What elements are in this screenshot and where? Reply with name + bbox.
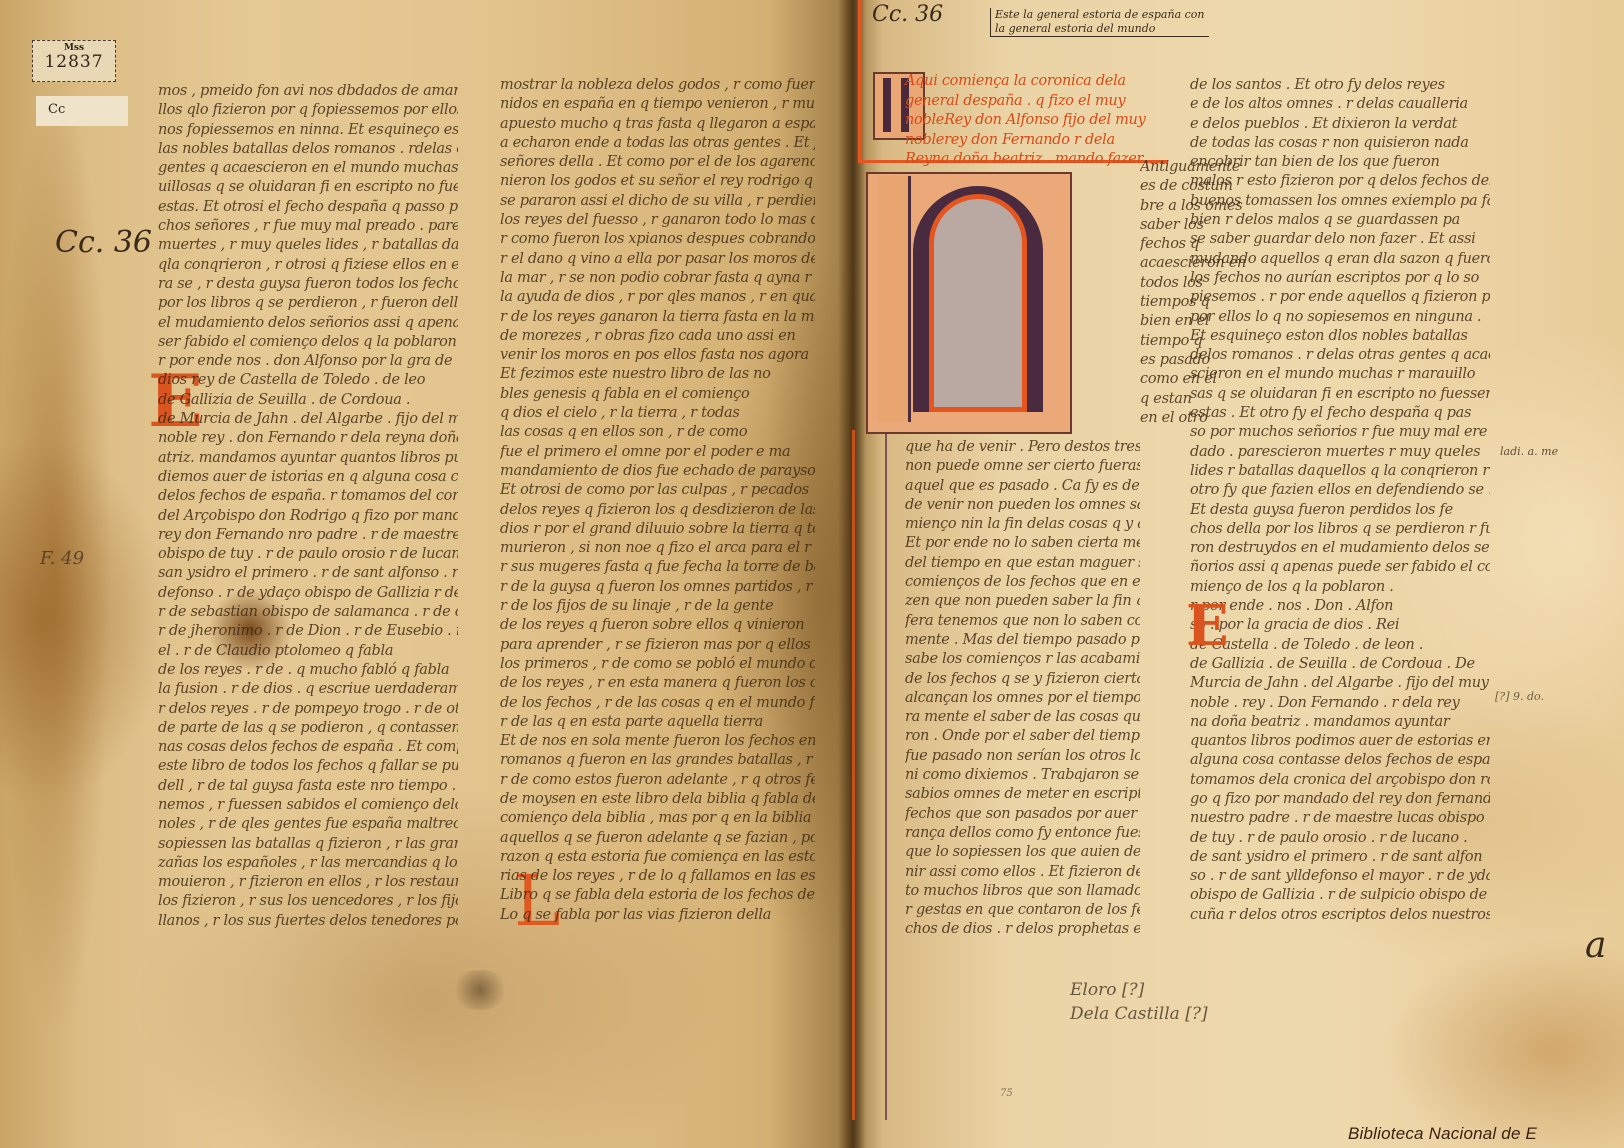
- rubric-initial-e: E: [1186, 600, 1230, 654]
- initial-stem: [878, 176, 911, 422]
- text-line: de todas las cosas r non quisieron nada: [1190, 134, 1490, 153]
- text-line: la fusion . r de dios . q escriue uerdad…: [158, 680, 458, 699]
- text-line: que ha de venir . Pero destos tres tiemp…: [905, 438, 1140, 457]
- text-line: to muchos libros que son llamados estori…: [905, 882, 1140, 901]
- text-line: qla conqrieron , r otrosi q fiziese ello…: [158, 256, 458, 275]
- text-line: mos , pmeido fon avi nos dbdados de amar…: [158, 82, 458, 101]
- signature-note: Cc. 36: [55, 225, 152, 260]
- text-line: cuña r delos otros escriptos delos nuest…: [1190, 906, 1490, 925]
- text-line: de venir non pueden los omnes saber el c…: [905, 496, 1140, 515]
- text-line: de los reyes q fueron sobre ellos q vini…: [500, 616, 815, 635]
- text-line: fera tenemos que non lo saben complida: [905, 612, 1140, 631]
- text-line: dell , r de tal guysa fasta este nro tie…: [158, 777, 458, 796]
- text-line: delos romanos . r delas otras gentes q a…: [1190, 346, 1490, 365]
- text-line: por ellos lo q no sopiesemos en ninguna …: [1190, 308, 1490, 327]
- text-line: zen que non pueden saber la fin qual: [905, 592, 1140, 611]
- text-line: de Gallizia de Seuilla . de Cordoua .: [158, 391, 458, 410]
- rubric-border: [858, 0, 861, 160]
- text-line: fue pasado non serían los otros los tiem…: [905, 747, 1140, 766]
- text-line: señores della . Et como por el de los ag…: [500, 153, 815, 172]
- text-line: de Castella . de Toledo . de leon .: [1190, 636, 1490, 655]
- ink-stain: [450, 970, 510, 1010]
- text-line: delos reyes q fizieron los q desdizieron…: [500, 501, 815, 520]
- text-line: de tuy . r de paulo orosio . r de lucano…: [1190, 829, 1490, 848]
- text-line: obispo de tuy . r de paulo orosio r de l…: [158, 545, 458, 564]
- text-line: de los fechos q se y fizieron ciertamos …: [905, 670, 1140, 689]
- initial-arch: [913, 186, 1043, 412]
- signature-line: Dela Castilla [?]: [1070, 1002, 1208, 1026]
- text-line: murieron , si non noe q fizo el arca par…: [500, 539, 815, 558]
- text-line: la mar , r se non podio cobrar fasta q a…: [500, 269, 815, 288]
- text-line: llos qlo fizieron por q fopiessemos por …: [158, 101, 458, 120]
- text-line: ra mente el saber de las cosas que fue: [905, 708, 1140, 727]
- text-line: chos della por los libros q se perdieron…: [1190, 520, 1490, 539]
- text-line: mandamiento de dios fue echado de parays…: [500, 462, 815, 481]
- text-line: so . r de sant ylldefonso el mayor . r d…: [1190, 867, 1490, 886]
- text-line: nuestro padre . r de maestre lucas obisp…: [1190, 809, 1490, 828]
- text-line: muertes , r muy queles lides , r batalla…: [158, 236, 458, 255]
- text-line: noble . rey . Don Fernando . r dela rey: [1190, 694, 1490, 713]
- text-line: a echaron ende a todas las otras gentes …: [500, 134, 815, 153]
- title-note: Este la general estoria de españa con la…: [990, 8, 1209, 37]
- text-line: Et desta guysa fueron perdidos los fe: [1190, 501, 1490, 520]
- text-line: ser fabido el comienço delos q la poblar…: [158, 333, 458, 352]
- text-line: Libro q se fabla dela estoria de los fec…: [500, 886, 815, 905]
- text-line: nos fopiessemos en ninna. Et esquineço e…: [158, 121, 458, 140]
- text-line: defonso . r de ydaço obispo de Gallizia …: [158, 584, 458, 603]
- text-line: Et por ende no lo saben cierta mente . E…: [905, 534, 1140, 553]
- text-line: noble rey . don Fernando r dela reyna do…: [158, 429, 458, 448]
- text-line: la ayuda de dios , r por qles manos , r …: [500, 288, 815, 307]
- text-line: r de los fijos de su linaje , r de la ge…: [500, 597, 815, 616]
- text-line: llanos , r los sus fuertes delos tenedor…: [158, 912, 458, 931]
- text-line: se pararon assi el dicho de su villa , r…: [500, 192, 815, 211]
- text-line: r de jheronimo . r de Dion . r de Eusebi…: [158, 622, 458, 641]
- text-line: quantos libros podimos auer de estorias …: [1190, 732, 1490, 751]
- text-line: nas cosas delos fechos de españa . Et co…: [158, 738, 458, 757]
- text-line: nir assi como ellos . Et fizieron des: [905, 863, 1140, 882]
- text-line: r por ende nos . don Alfonso por la gra …: [158, 352, 458, 371]
- text-line: del Arçobispo don Rodrigo q fizo por man…: [158, 507, 458, 526]
- text-line: por los libros q se perdieron , r fueron…: [158, 294, 458, 313]
- folio-note: F. 49: [40, 548, 84, 569]
- text-line: ni como dixiemos . Trabajaron se los: [905, 766, 1140, 785]
- left-page: Mss 12837 Cc Cc. 36 F. 49 E L mos , pmei…: [0, 0, 852, 1148]
- text-line: las cosas q en ellos son , r de como: [500, 423, 815, 442]
- text-line: Lo q se fabla por las vias fizieron dell…: [500, 906, 815, 925]
- text-line: sabe los comienços r las acabamientos: [905, 650, 1140, 669]
- text-line: gentes q acaescieron en el mundo muchas …: [158, 159, 458, 178]
- text-line: mostrar la nobleza delos godos , r como …: [500, 76, 815, 95]
- text-line: delos fechos de españa. r tomamos del co…: [158, 487, 458, 506]
- text-line: rey don Fernando nro padre . r de maestr…: [158, 526, 458, 545]
- text-line: romanos q fueron en las grandes batallas…: [500, 751, 815, 770]
- shelfmark-label: Mss 12837: [32, 40, 116, 82]
- text-line: r gestas en que contaron de los fe: [905, 901, 1140, 920]
- text-line: mienço nin la fin delas cosas q y auerna…: [905, 515, 1140, 534]
- text-line: zañas los españoles , r las mercandias q…: [158, 854, 458, 873]
- text-line: Murcia de Jahn . del Algarbe . fijo del …: [1190, 674, 1490, 693]
- text-line: nidos en españa en q tiempo venieron , r…: [500, 95, 815, 114]
- text-line: r de las q en esta parte aquella tierra: [500, 713, 815, 732]
- text-line: chos de dios . r delos prophetas et: [905, 920, 1140, 939]
- text-line: de Murcia de Jahn . del Algarbe . fijo d…: [158, 410, 458, 429]
- text-line: ron destruydos en el mudamiento delos se: [1190, 539, 1490, 558]
- initial-filigree: [929, 194, 1027, 412]
- text-line: se saber guardar delo non fazer . Et ass…: [1190, 230, 1490, 249]
- title-note-line: Este la general estoria de españa con: [995, 8, 1205, 22]
- text-line: rias de los reyes , r de lo q fallamos e…: [500, 867, 815, 886]
- text-line: comienço dela biblia , mas por q en la b…: [500, 809, 815, 828]
- text-line: go q fizo por mandado del rey don fernan…: [1190, 790, 1490, 809]
- text-line: san ysidro el primero . r de sant alfons…: [158, 564, 458, 583]
- text-line: de Gallizia . de Seuilla . de Cordoua . …: [1190, 655, 1490, 674]
- text-line: ron . Onde por el saber del tiempo que: [905, 727, 1140, 746]
- owner-signature: Eloro [?] Dela Castilla [?]: [1070, 978, 1208, 1026]
- text-line: rança dellos como fy entonce fuessen . E…: [905, 824, 1140, 843]
- text-line: de parte de las q se podieron , q contas…: [158, 719, 458, 738]
- text-line: non puede omne ser cierto fueras ende de: [905, 457, 1140, 476]
- margin-letter: a: [1585, 925, 1606, 966]
- text-line: nemos , r fuessen sabidos el comienço de…: [158, 796, 458, 815]
- text-line: Et fezimos este nuestro libro de las no: [500, 365, 815, 384]
- text-line: q dios el cielo , r la tierra , r todas: [500, 404, 815, 423]
- text-line: chos señores , r fue muy mal preado . pa…: [158, 217, 458, 236]
- text-line: los fizieron , r sus los uencedores , r …: [158, 892, 458, 911]
- text-line: tomamos dela cronica del arçobispo don r…: [1190, 771, 1490, 790]
- text-line: estas. Et otrosi el fecho despaña q pass…: [158, 198, 458, 217]
- text-line: encobrir tan bien de los que fueron: [1190, 153, 1490, 172]
- text-line: aquellos q se fueron adelante q se fazia…: [500, 829, 815, 848]
- text-line: sabios omnes de meter en escripto los: [905, 785, 1140, 804]
- text-line: apuesto mucho q tras fasta q llegaron a …: [500, 115, 815, 134]
- text-line: de moysen en este libro dela biblia q fa…: [500, 790, 815, 809]
- signature-note: Cc. 36: [872, 2, 943, 27]
- text-line: r como fueron los xpianos despues cobran…: [500, 230, 815, 249]
- text-line: nieron los godos et su señor el rey rodr…: [500, 172, 815, 191]
- text-line: el . r de Claudio ptolomeo q fabla: [158, 642, 458, 661]
- title-note-line: la general estoria del mundo: [995, 22, 1205, 36]
- text-line: del tiempo en que estan maguer saben los: [905, 554, 1140, 573]
- text-line: r por ende . nos . Don . Alfon: [1190, 597, 1490, 616]
- text-line: de los reyes , r en esta manera q fueron…: [500, 674, 815, 693]
- text-line: alcançan los omnes por el tiempo ge: [905, 689, 1140, 708]
- text-line: dios r por el grand diluuio sobre la tie…: [500, 520, 815, 539]
- text-line: so . por la gracia de dios . Rei: [1190, 616, 1490, 635]
- text-line: dios rey de Castella de Toledo . de leo: [158, 371, 458, 390]
- paper-label: Cc: [36, 96, 128, 126]
- text-line: mouieron , r fizieron en ellos , r los r…: [158, 873, 458, 892]
- text-line: sopiessen las batallas q fizieron , r la…: [158, 835, 458, 854]
- text-line: Et de nos en sola mente fueron los fecho…: [500, 732, 815, 751]
- text-line: e delos pueblos . Et dixieron la verdat: [1190, 115, 1490, 134]
- text-line: otro fy que fazien ellos en defendiendo …: [1190, 481, 1490, 500]
- text-line: r sus mugeres fasta q fue fecha la torre…: [500, 558, 815, 577]
- text-line: mienço de los q la poblaron .: [1190, 578, 1490, 597]
- text-column-right-2: de los santos . Et otro fy delos reyese …: [1190, 76, 1490, 925]
- illuminated-initial: [866, 172, 1072, 434]
- text-line: que lo sopiessen los que auien de ve: [905, 843, 1140, 862]
- text-line: de los reyes . r de . q mucho fabló q fa…: [158, 661, 458, 680]
- text-line: r delos reyes . r de pompeyo trogo . r d…: [158, 700, 458, 719]
- text-line: alguna cosa contasse delos fechos de esp…: [1190, 751, 1490, 770]
- text-line: mudando aquellos q eran dla sazon q fuer…: [1190, 250, 1490, 269]
- text-line: uillosas q se oluidaran fi en escripto n…: [158, 178, 458, 197]
- text-line: de morezes , r obras fizo cada uno assi …: [500, 327, 815, 346]
- text-line: de los fechos , r de las cosas q en el m…: [500, 694, 815, 713]
- text-line: ñorios assi q apenas puede ser fabido el…: [1190, 558, 1490, 577]
- text-line: lides r batallas daquellos q la conqrier…: [1190, 462, 1490, 481]
- text-line: fechos que son pasados por auer remenb: [905, 805, 1140, 824]
- text-line: para aprender , r se fizieron mas por q …: [500, 636, 815, 655]
- text-line: so por muchos señorios r fue muy mal ere: [1190, 423, 1490, 442]
- text-line: de sant ysidro el primero . r de sant al…: [1190, 848, 1490, 867]
- side-note: ladi. a. me: [1500, 445, 1558, 458]
- folio-mark: 75: [1000, 1088, 1013, 1099]
- text-line: Et esquineço eston dlos nobles batallas: [1190, 327, 1490, 346]
- text-line: noles , r de qles gentes fue españa malt…: [158, 815, 458, 834]
- text-line: fue el primero el omne por el poder e ma: [500, 443, 815, 462]
- text-line: r de sebastian obispo de salamanca . r d…: [158, 603, 458, 622]
- text-line: piesemos . r por ende aquellos q fiziero…: [1190, 288, 1490, 307]
- signature-line: Eloro [?]: [1070, 978, 1208, 1002]
- text-line: buenos tomassen los omnes exiemplo pa fa…: [1190, 192, 1490, 211]
- text-line: mente . Mas del tiempo pasado por q: [905, 631, 1140, 650]
- text-line: scieron en el mundo muchas r marauillo: [1190, 365, 1490, 384]
- shelfmark-number: 12837: [33, 53, 115, 71]
- text-line: venir los moros en pos ellos fasta nos a…: [500, 346, 815, 365]
- text-column-left-1: mos , pmeido fon avi nos dbdados de amar…: [158, 82, 458, 931]
- text-line: e de los altos omnes . r delas caualleri…: [1190, 95, 1490, 114]
- library-credit: Biblioteca Nacional de E: [1348, 1124, 1537, 1144]
- text-line: r de la guysa q fueron los omnes partido…: [500, 578, 815, 597]
- text-column-right-1: que ha de venir . Pero destos tres tiemp…: [905, 438, 1140, 940]
- text-line: dado . parescieron muertes r muy queles: [1190, 443, 1490, 462]
- text-line: obispo de Gallizia . r de sulpicio obisp…: [1190, 886, 1490, 905]
- text-line: bien r delos malos q se guardassen pa: [1190, 211, 1490, 230]
- text-line: atriz. mandamos ayuntar quantos libros p…: [158, 449, 458, 468]
- text-line: bles genesis q fabla en el comienço: [500, 385, 815, 404]
- text-line: los primeros , r de como se pobló el mun…: [500, 655, 815, 674]
- text-line: malos r esto fizieron por q delos fechos…: [1190, 172, 1490, 191]
- text-line: diemos auer de istorias en q alguna cosa…: [158, 468, 458, 487]
- text-line: comienços de los fechos que en el se fa: [905, 573, 1140, 592]
- text-line: na doña beatriz . mandamos ayuntar: [1190, 713, 1490, 732]
- text-line: aquel que es pasado . Ca fy es del tiemp…: [905, 477, 1140, 496]
- text-line: r de como estos fueron adelante , r q ot…: [500, 771, 815, 790]
- text-line: el mudamiento delos señorios assi q apen…: [158, 314, 458, 333]
- text-line: estas . Et otro fy el fecho despaña q pa…: [1190, 404, 1490, 423]
- text-line: sas q se oluidaran fi en escripto no fue…: [1190, 385, 1490, 404]
- text-line: los fechos no aurían escriptos por q lo …: [1190, 269, 1490, 288]
- side-note: [?] 9. do.: [1495, 690, 1544, 703]
- text-line: de los santos . Et otro fy delos reyes: [1190, 76, 1490, 95]
- text-line: r de los reyes ganaron la tierra fasta e…: [500, 308, 815, 327]
- text-line: razon q esta estoria fue comiença en las…: [500, 848, 815, 867]
- text-line: este libro de todos los fechos q fallar …: [158, 757, 458, 776]
- text-column-left-2: mostrar la nobleza delos godos , r como …: [500, 76, 815, 925]
- decorative-vine-border: [852, 430, 887, 1120]
- text-line: los reyes del fuesso , r ganaron todo lo…: [500, 211, 815, 230]
- text-line: Et otrosi de como por las culpas , r pec…: [500, 481, 815, 500]
- text-line: las nobles batallas delos romanos . rdel…: [158, 140, 458, 159]
- manuscript-spread: Mss 12837 Cc Cc. 36 F. 49 E L mos , pmei…: [0, 0, 1624, 1148]
- text-line: ra se , r desta guysa fueron todos los f…: [158, 275, 458, 294]
- text-line: r el dano q vino a ella por pasar los mo…: [500, 250, 815, 269]
